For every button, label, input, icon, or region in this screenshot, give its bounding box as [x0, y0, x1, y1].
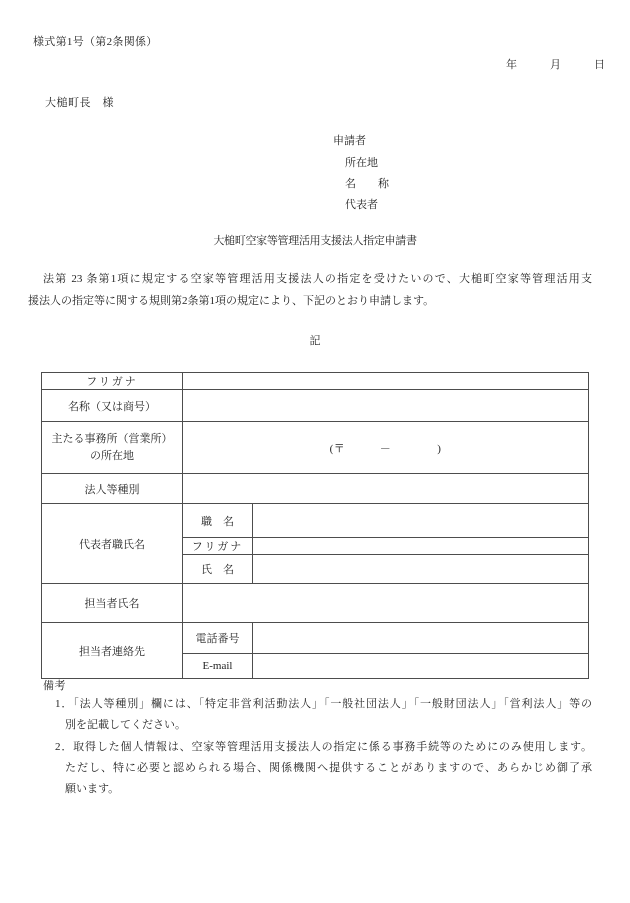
table-row: 代表者職氏名 職 名	[42, 504, 589, 538]
table-label-representative: 代表者職氏名	[42, 504, 183, 584]
applicant-field-name-label: 名 称	[345, 175, 389, 191]
input-cell-rep-name[interactable]	[253, 555, 589, 584]
table-sublabel-job-title: 職 名	[183, 504, 253, 538]
table-row: 名称（又は商号）	[42, 390, 589, 422]
table-row: 担当者連絡先 電話番号	[42, 623, 589, 654]
section-marker: 記	[0, 332, 630, 348]
table-label-furigana: フリガナ	[42, 373, 183, 390]
table-label-name: 名称（又は商号）	[42, 390, 183, 422]
applicant-field-address-label: 所在地	[345, 154, 378, 170]
application-form-page: 様式第1号（第2条関係） 年 月 日 大槌町長 様 申請者 所在地 名 称 代表…	[0, 0, 630, 903]
form-number: 様式第1号（第2条関係）	[33, 33, 158, 49]
input-cell-office-address[interactable]: (〒 － )	[183, 422, 589, 474]
table-row: 担当者氏名	[42, 584, 589, 623]
body-paragraph: 法第 23 条第1項に規定する空家等管理活用支援法人の指定を受けたいので、大槌町…	[28, 269, 592, 312]
notes-section: 備考 1．「法人等種別」欄には、「特定非営利活動法人」「一般社団法人」「一般財団…	[43, 678, 592, 800]
date-line: 年 月 日	[506, 56, 605, 72]
note-1-line-1: 1．「法人等種別」欄には、「特定非営利活動法人」「一般社団法人」「一般財団法人」…	[55, 694, 592, 715]
note-1-line-2: 別を記載してください。	[65, 715, 592, 736]
document-title: 大槌町空家等管理活用支援法人指定申請書	[0, 232, 630, 248]
input-cell-phone[interactable]	[253, 623, 589, 654]
input-cell-contact-person[interactable]	[183, 584, 589, 623]
table-row: 主たる事務所（営業所）の所在地 (〒 － )	[42, 422, 589, 474]
table-sublabel-phone: 電話番号	[183, 623, 253, 654]
application-table: フリガナ 名称（又は商号） 主たる事務所（営業所）の所在地 (〒 － ) 法人等…	[41, 372, 589, 679]
table-row: 法人等種別	[42, 474, 589, 504]
applicant-field-representative-label: 代表者	[345, 196, 378, 212]
applicant-heading: 申請者	[333, 132, 366, 148]
office-address-label-line-1: 主たる事務所（営業所）	[52, 433, 173, 445]
input-cell-rep-furigana[interactable]	[253, 538, 589, 555]
table-label-contact-info: 担当者連絡先	[42, 623, 183, 679]
body-paragraph-line-2: 援法人の指定等に関する規則第2条第1項の規定により、下記のとおり申請します。	[28, 291, 592, 313]
office-address-label-line-2: の所在地	[90, 450, 134, 462]
addressee: 大槌町長 様	[45, 94, 114, 110]
input-cell-job-title[interactable]	[253, 504, 589, 538]
input-cell-furigana[interactable]	[183, 373, 589, 390]
note-2-line-3: 願います。	[65, 779, 592, 800]
note-2-line-1: 2．取得した個人情報は、空家等管理活用支援法人の指定に係る事務手続等のためにのみ…	[55, 737, 592, 758]
notes-heading: 備考	[43, 678, 592, 694]
input-cell-corporation-type[interactable]	[183, 474, 589, 504]
table-row: フリガナ	[42, 373, 589, 390]
table-sublabel-email: E-mail	[183, 654, 253, 679]
table-label-contact-person: 担当者氏名	[42, 584, 183, 623]
table-sublabel-rep-name: 氏 名	[183, 555, 253, 584]
table-label-office-address: 主たる事務所（営業所）の所在地	[42, 422, 183, 474]
table-sublabel-rep-furigana: フリガナ	[183, 538, 253, 555]
input-cell-email[interactable]	[253, 654, 589, 679]
body-paragraph-line-1: 法第 23 条第1項に規定する空家等管理活用支援法人の指定を受けたいので、大槌町…	[28, 269, 592, 291]
note-2-line-2: ただし、特に必要と認められる場合、関係機関へ提供することがありますので、あらかじ…	[65, 758, 592, 779]
table-label-corporation-type: 法人等種別	[42, 474, 183, 504]
input-cell-name[interactable]	[183, 390, 589, 422]
